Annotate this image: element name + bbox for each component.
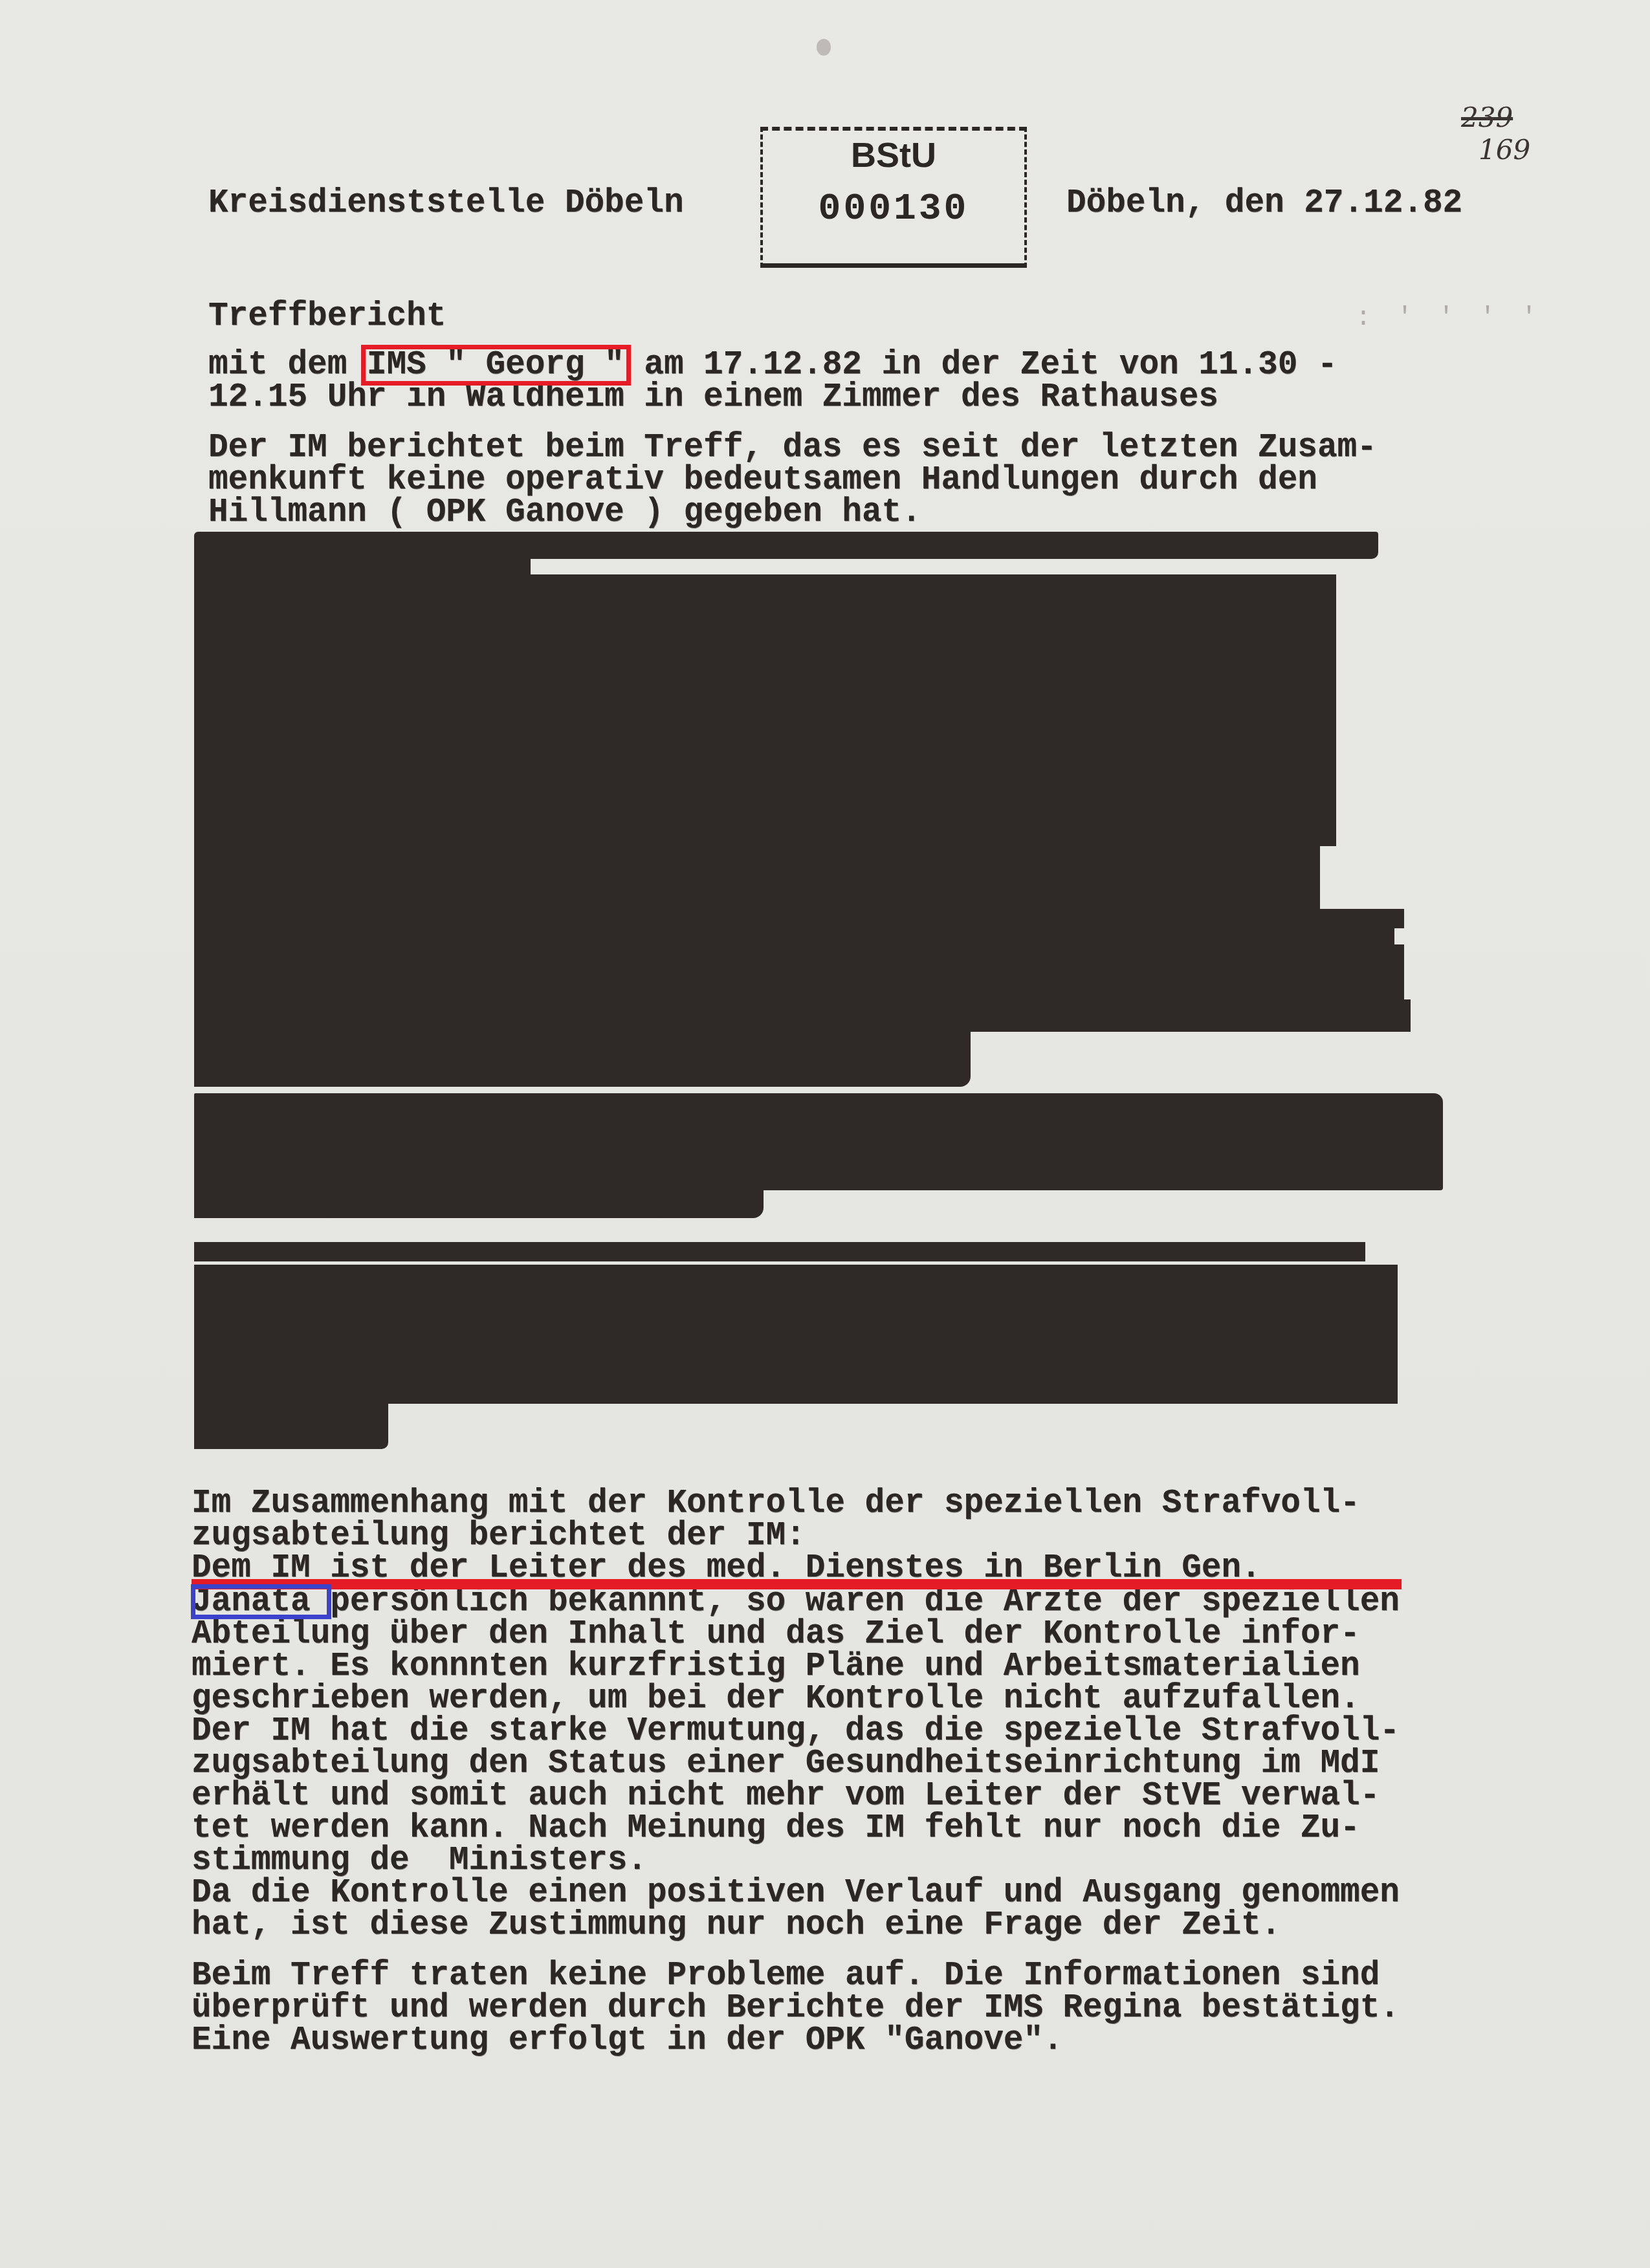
- redaction-bar: [194, 1265, 1398, 1404]
- paragraph-2-line-11: tet werden kann. Nach Meinung des IM feh…: [192, 1813, 1360, 1845]
- highlight-box-janata: [191, 1584, 331, 1619]
- paragraph-2-line-5: Abteilung über den Inhalt und das Ziel d…: [192, 1619, 1360, 1651]
- paragraph-1-line-3: Hillmann ( OPK Ganove ) gegeben hat.: [208, 497, 921, 529]
- paragraph-2-line-6: miert. Es konnnten kurzfristig Pläne und…: [192, 1651, 1360, 1683]
- paragraph-2-line-12: stimmung de Ministers.: [192, 1845, 647, 1877]
- redaction-bar: [194, 922, 1394, 948]
- paragraph-2-line-4: Janata persönlich bekannnt, so waren die…: [192, 1586, 1400, 1619]
- paragraph-2-line-2: zugsabteilung berichtet der IM:: [192, 1520, 806, 1553]
- redaction-bar: [194, 1242, 1365, 1261]
- document-title: Treffbericht: [208, 301, 446, 333]
- page-number-current: 169: [1479, 136, 1530, 164]
- paragraph-3-line-1: Beim Treff traten keine Probleme auf. Di…: [192, 1960, 1380, 1992]
- document-page: Kreisdienststelle Döbeln BStU 000130 Döb…: [0, 0, 1650, 2268]
- redaction-bar: [194, 532, 1378, 559]
- archive-stamp: BStU 000130: [760, 127, 1027, 268]
- paper-smudge: [817, 39, 831, 56]
- meeting-line-2: 12.15 Uhr in Waldheim in einem Zimmer de…: [208, 382, 1218, 414]
- paragraph-2-line-14: hat, ist diese Zustimmung nur noch eine …: [192, 1910, 1281, 1942]
- paragraph-2-line-10: erhält und somit auch nicht mehr vom Lei…: [192, 1780, 1380, 1813]
- redaction-bar: [194, 1093, 1443, 1190]
- highlight-box-ims-georg: [361, 345, 631, 386]
- paragraph-1-line-1: Der IM berichtet beim Treff, das es seit…: [208, 432, 1377, 464]
- paragraph-2-line-9: zugsabteilung den Status einer Gesundhei…: [192, 1748, 1380, 1780]
- archive-stamp-number: 000130: [763, 190, 1024, 229]
- paragraph-1-line-2: menkunft keine operativ bedeutsamen Hand…: [208, 464, 1317, 497]
- redaction-bar: [194, 574, 1336, 846]
- paragraph-2-line-7: geschrieben werden, um bei der Kontrolle…: [192, 1683, 1360, 1716]
- redaction-bar: [194, 841, 1320, 919]
- paragraph-3-line-3: Eine Auswertung erfolgt in der OPK "Gano…: [192, 2025, 1063, 2057]
- office-name: Kreisdienststelle Döbeln: [208, 188, 684, 220]
- redaction-bar: [194, 1401, 388, 1449]
- red-underline-annotation: [192, 1579, 1402, 1589]
- paragraph-2-line-8: Der IM hat die starke Vermutung, das die…: [192, 1716, 1400, 1748]
- place-date: Döbeln, den 27.12.82: [1066, 188, 1462, 220]
- redaction-bar: [194, 1187, 764, 1218]
- page-number-struck: 239: [1461, 104, 1513, 132]
- paragraph-2-line-13: Da die Kontrolle einen positiven Verlauf…: [192, 1877, 1400, 1910]
- paragraph-3-line-2: überprüft und werden durch Berichte der …: [192, 1992, 1400, 2025]
- paragraph-2-line-1: Im Zusammenhang mit der Kontrolle der sp…: [192, 1488, 1360, 1520]
- redaction-bar: [194, 999, 1411, 1032]
- faint-stamp-marks: : ' ' ' ': [1356, 304, 1542, 333]
- archive-stamp-title: BStU: [763, 136, 1024, 175]
